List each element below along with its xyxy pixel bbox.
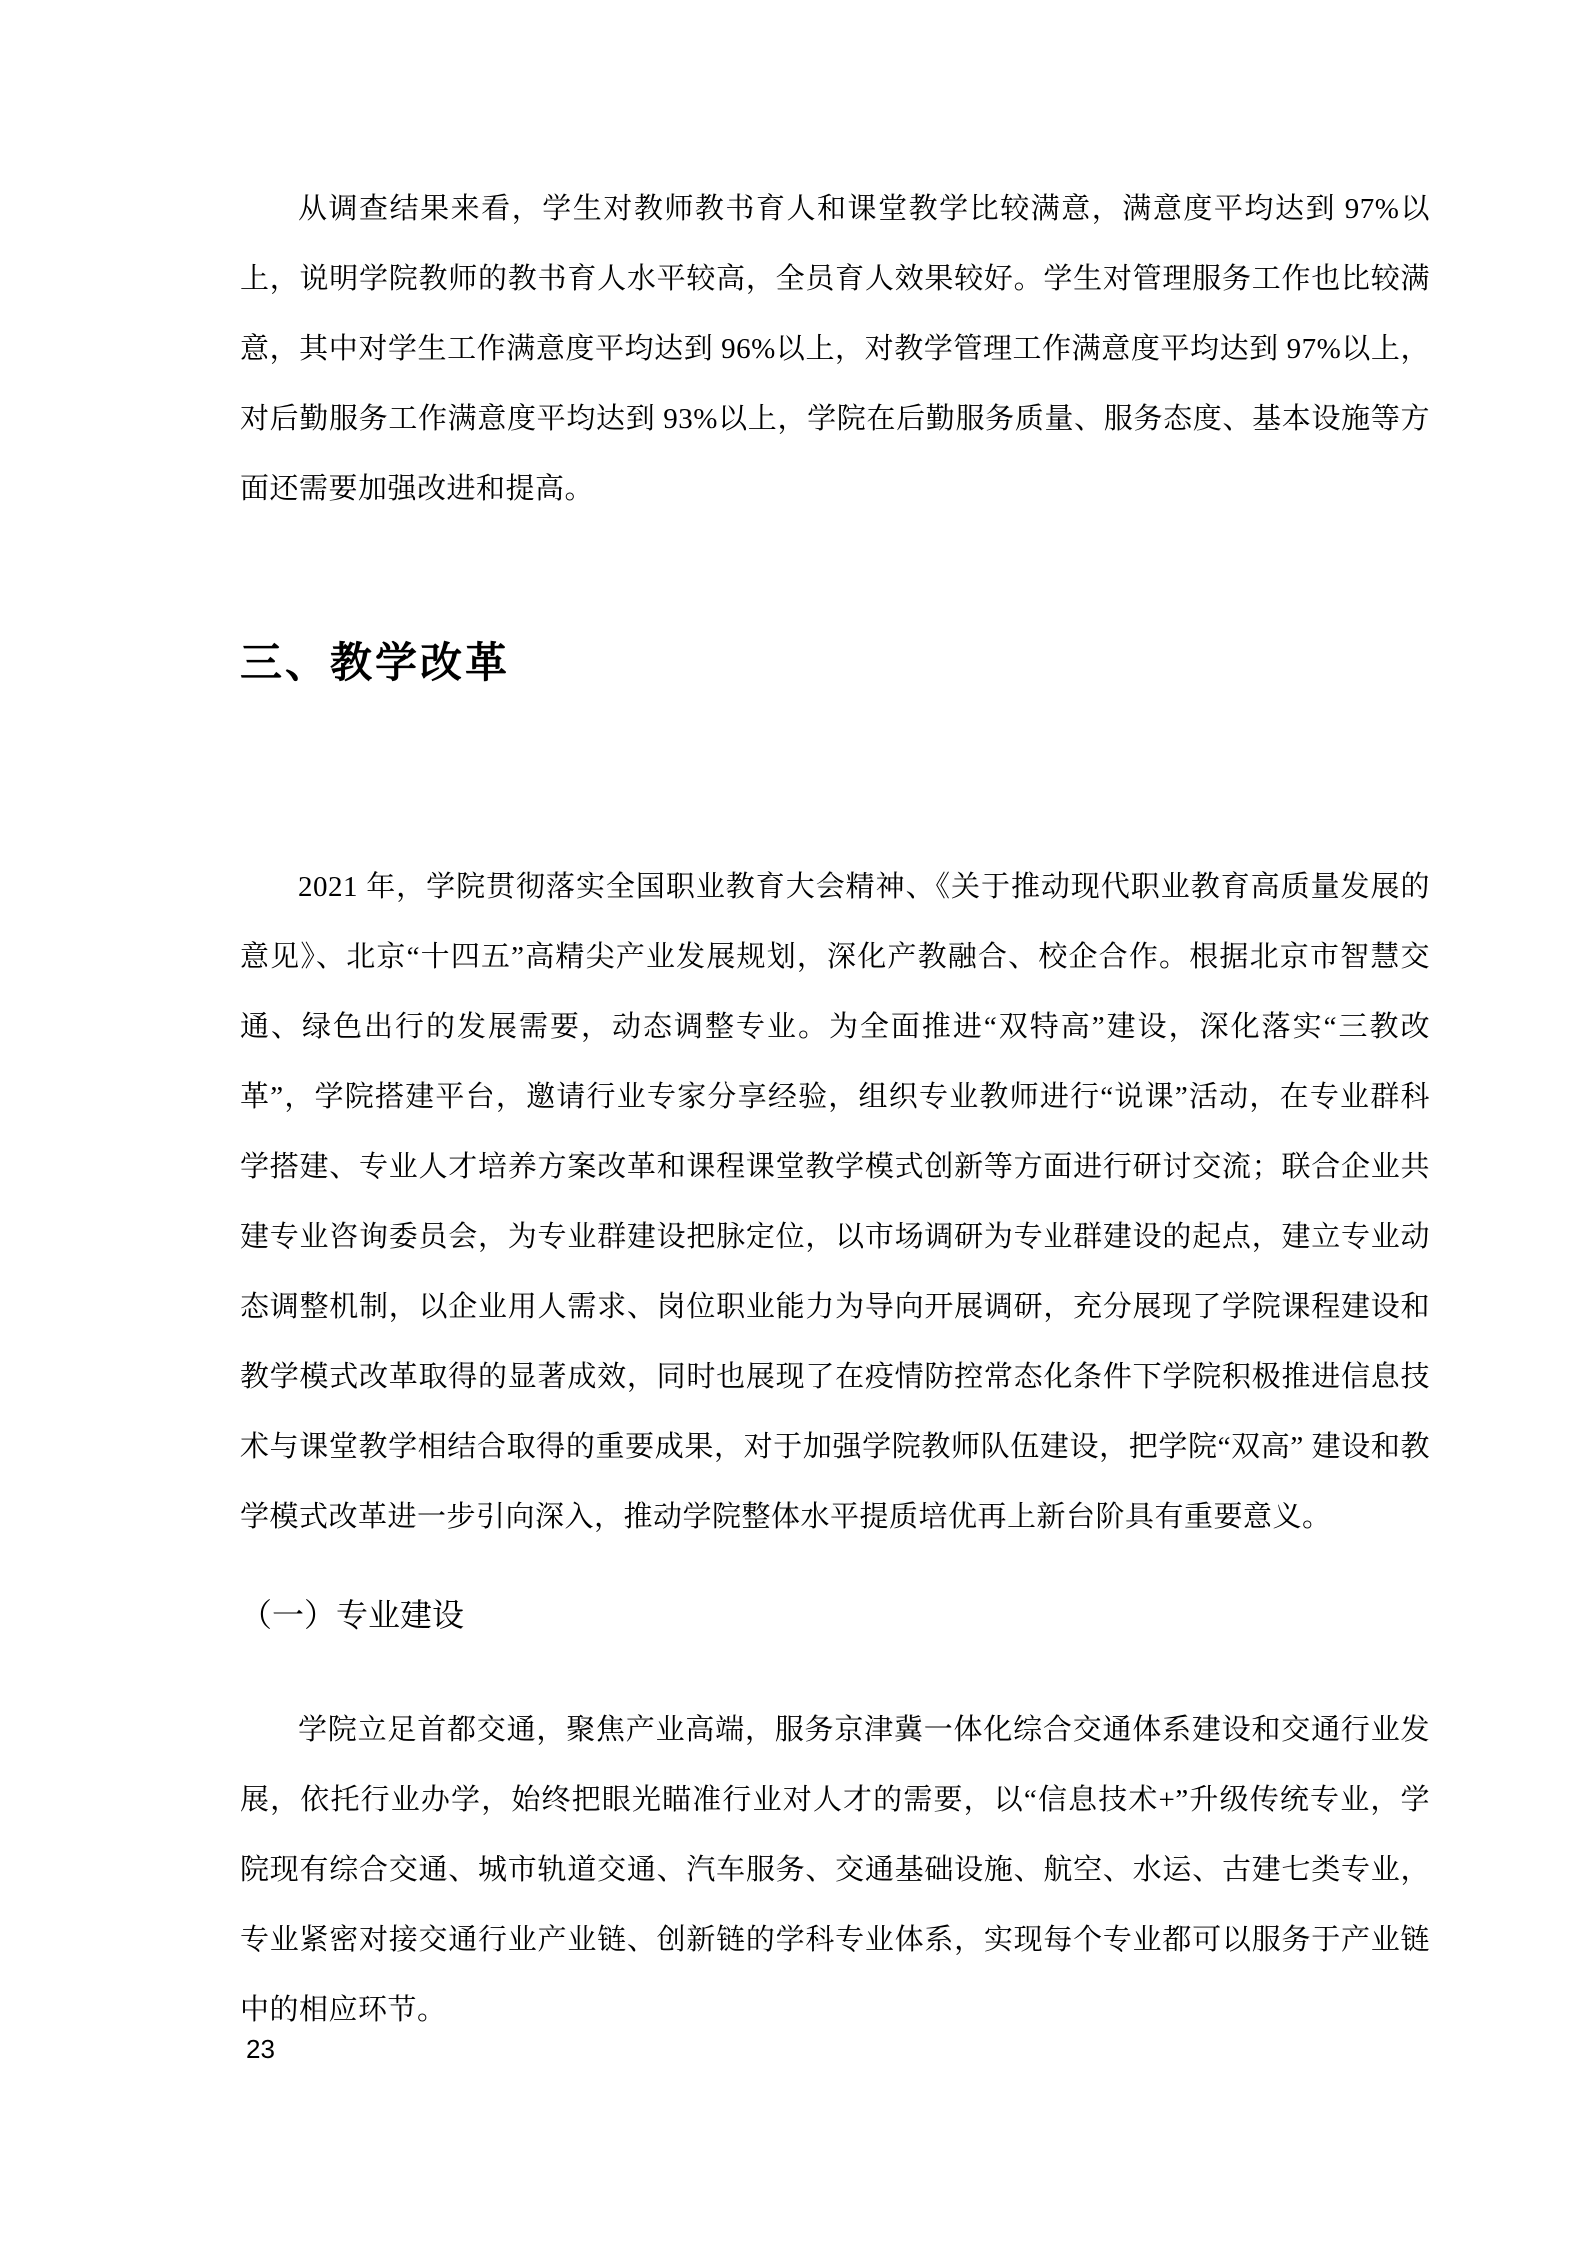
document-page: 从调查结果来看，学生对教师教书育人和课堂教学比较满意，满意度平均达到 97%以上… [0, 0, 1587, 2245]
paragraph-teaching-reform-overview: 2021 年，学院贯彻落实全国职业教育大会精神、《关于推动现代职业教育高质量发展… [240, 852, 1430, 1552]
section-heading-teaching-reform: 三、教学改革 [240, 636, 1430, 690]
paragraph-survey-satisfaction: 从调查结果来看，学生对教师教书育人和课堂教学比较满意，满意度平均达到 97%以上… [240, 174, 1430, 524]
subsection-heading-major-construction: （一）专业建设 [240, 1590, 1430, 1640]
page-number: 23 [246, 2034, 275, 2064]
paragraph-major-construction: 学院立足首都交通，聚焦产业高端，服务京津冀一体化综合交通体系建设和交通行业发展，… [240, 1695, 1430, 2045]
